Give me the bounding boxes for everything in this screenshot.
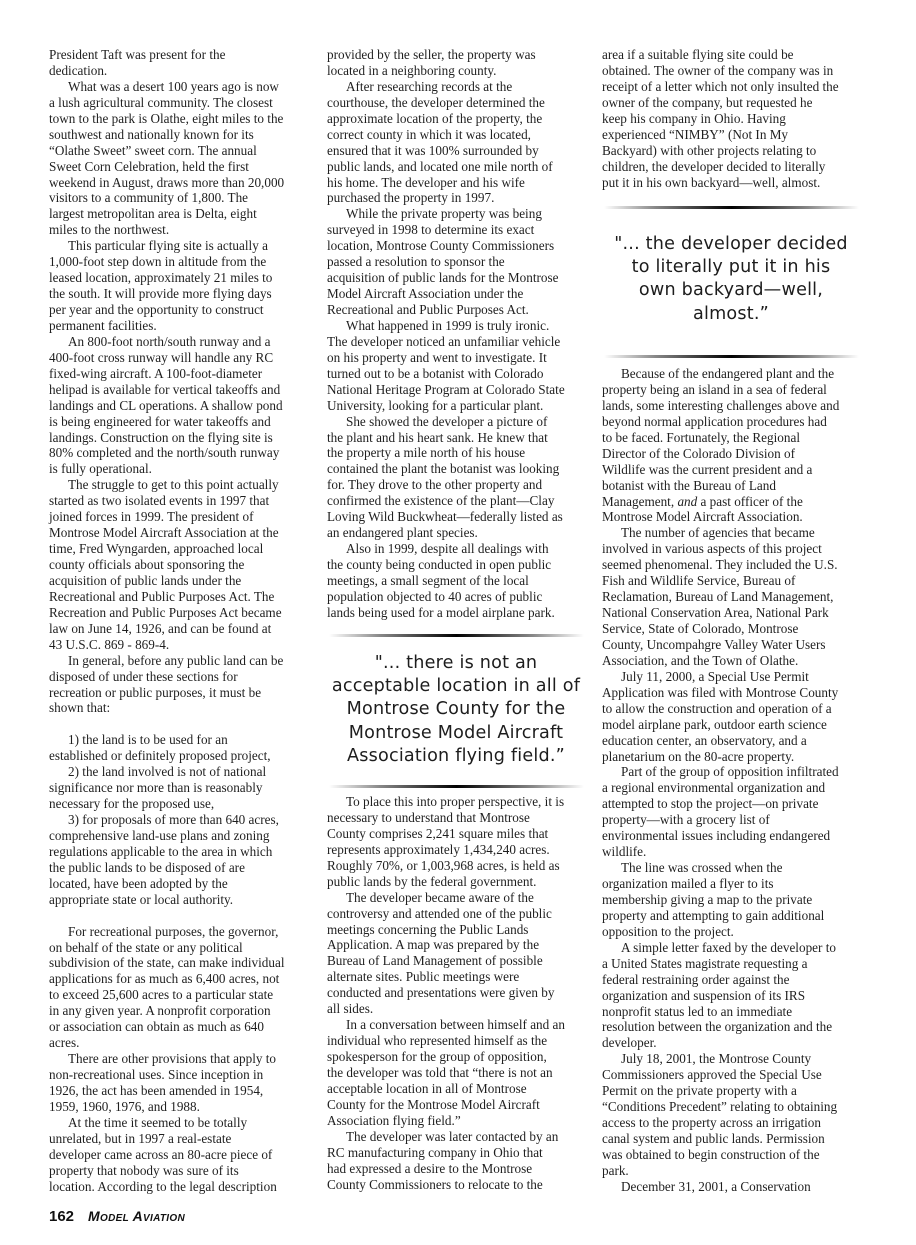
text-line: miles to the northwest. <box>49 222 311 238</box>
text-line: located in a neighboring county. <box>327 63 585 79</box>
text-line: dedication. <box>49 63 311 79</box>
pull-quote-line: "... the developer decided <box>600 233 862 256</box>
text-line: town to the park is Olathe, eight miles … <box>49 111 311 127</box>
text-line: correct county in which it was located, <box>327 127 585 143</box>
pull-quote-line: to literally put it in his <box>600 256 862 279</box>
text-line: While the private property was being <box>327 206 585 222</box>
text-line: Service, State of Colorado, Montrose <box>602 621 860 637</box>
text-line: experienced “NIMBY” (Not In My <box>602 127 860 143</box>
text-line: “Conditions Precedent” relating to obtai… <box>602 1099 860 1115</box>
text-line: ensured that it was 100% surrounded by <box>327 143 585 159</box>
text-line: There are other provisions that apply to <box>49 1051 311 1067</box>
text-line: non-recreational uses. Since inception i… <box>49 1067 311 1083</box>
text-line: Bureau of Land Management of possible <box>327 953 585 969</box>
text-line: nonprofit status led to an immediate <box>602 1004 860 1020</box>
text-line: meetings, a small segment of the local <box>327 573 585 589</box>
text-line: law on June 14, 1926, and can be found a… <box>49 621 311 637</box>
text-line: disposed of under these sections for <box>49 669 311 685</box>
text-line: purchased the property in 1997. <box>327 190 585 206</box>
text-line: recreation or public purposes, it must b… <box>49 685 311 701</box>
text-line: canal system and public lands. Permissio… <box>602 1131 860 1147</box>
text-line: RC manufacturing company in Ohio that <box>327 1145 585 1161</box>
page-number: 162 <box>49 1208 74 1225</box>
text-line: on his property and went to investigate.… <box>327 350 585 366</box>
text-line: acquisition of public lands under the <box>49 573 311 589</box>
text-line: This particular flying site is actually … <box>49 238 311 254</box>
text-line: the public lands to be disposed of are <box>49 860 311 876</box>
text-line: public lands by the federal government. <box>327 874 585 890</box>
text-line: obtained. The owner of the company was i… <box>602 63 860 79</box>
text-line: federal restraining order against the <box>602 972 860 988</box>
text-line: visitors to a community of 1,800. The <box>49 190 311 206</box>
text-line: Roughly 70%, or 1,003,968 acres, is held… <box>327 858 585 874</box>
text-line: provided by the seller, the property was <box>327 47 585 63</box>
text-line: Part of the group of opposition infiltra… <box>602 764 860 780</box>
text-line: She showed the developer a picture of <box>327 414 585 430</box>
text-line: conducted and presentations were given b… <box>327 985 585 1001</box>
text-line: area if a suitable flying site could be <box>602 47 860 63</box>
text-line: Montrose Model Aircraft Association at t… <box>49 525 311 541</box>
text-line: access to the property across an irrigat… <box>602 1115 860 1131</box>
text-line: per year and the opportunity to construc… <box>49 302 311 318</box>
text-line: President Taft was present for the <box>49 47 311 63</box>
text-line: to exceed 25,600 acres to a particular s… <box>49 987 311 1003</box>
text-line: The number of agencies that became <box>602 525 860 541</box>
text-line: a United States magistrate requesting a <box>602 956 860 972</box>
text-line: model airplane park, outdoor earth scien… <box>602 717 860 733</box>
text-line: Model Aircraft Association under the <box>327 286 585 302</box>
pull-quote-line: acceptable location in all of <box>327 675 585 698</box>
text-line: Association flying field.” <box>327 1113 585 1129</box>
text-line: 1926, the act has been amended in 1954, <box>49 1083 311 1099</box>
text-line: lands being used for a model airplane pa… <box>327 605 585 621</box>
text-line: the county being conducted in open publi… <box>327 557 585 573</box>
text-line: 43 U.S.C. 869 - 869-4. <box>49 637 311 653</box>
text-line: the property a mile north of his house <box>327 445 585 461</box>
text-line: receipt of a letter which not only insul… <box>602 79 860 95</box>
text-line: children, the developer decided to liter… <box>602 159 860 175</box>
text-line: location. According to the legal descrip… <box>49 1179 311 1195</box>
text-line: County, Uncompahgre Valley Water Users <box>602 637 860 653</box>
pull-quote-line: Association flying field.” <box>327 745 585 768</box>
text-line: turned out to be a botanist with Colorad… <box>327 366 585 382</box>
text-line: December 31, 2001, a Conservation <box>602 1179 860 1195</box>
text-line: National Conservation Area, National Par… <box>602 605 860 621</box>
text-line: to allow the construction and operation … <box>602 701 860 717</box>
pull-quote-line: own backyard—well, <box>600 279 862 302</box>
text-line: the developer was told that “there is no… <box>327 1065 585 1081</box>
text-line: seemed phenomenal. They included the U.S… <box>602 557 860 573</box>
text-line: Fish and Wildlife Service, Bureau of <box>602 573 860 589</box>
text-line: Because of the endangered plant and the <box>602 366 860 382</box>
text-line: organization mailed a flyer to its <box>602 876 860 892</box>
text-line: had expressed a desire to the Montrose <box>327 1161 585 1177</box>
text-line: necessary for the proposed use, <box>49 796 311 812</box>
text-line: public lands, and located one mile north… <box>327 159 585 175</box>
text-line: County Commissioners to relocate to the <box>327 1177 585 1193</box>
text-line: What was a desert 100 years ago is now <box>49 79 311 95</box>
text-line: Permit on the private property with a <box>602 1083 860 1099</box>
text-line: park. <box>602 1163 860 1179</box>
text-line: keep his company in Ohio. Having <box>602 111 860 127</box>
text-line: Recreation and Public Purposes Act becam… <box>49 605 311 621</box>
text-line: a regional environmental organization an… <box>602 780 860 796</box>
text-line: 400-foot cross runway will handle any RC <box>49 350 311 366</box>
text-line: put it in his own backyard—well, almost. <box>602 175 860 191</box>
text-line: population objected to 40 acres of publi… <box>327 589 585 605</box>
column-3-bottom: Because of the endangered plant and thep… <box>602 366 860 1195</box>
text-line: significance nor more than is reasonably <box>49 780 311 796</box>
column-2-bottom: To place this into proper perspective, i… <box>327 794 585 1192</box>
text-line: unrelated, but in 1997 a real-estate <box>49 1131 311 1147</box>
text-line: property and attempting to gain addition… <box>602 908 860 924</box>
text-line: Sweet Corn Celebration, held the first <box>49 159 311 175</box>
text-line: for. They drove to the other property an… <box>327 477 585 493</box>
paragraph-gap <box>49 908 311 924</box>
text-line: property being an island in a sea of fed… <box>602 382 860 398</box>
text-line: resolution between the organization and … <box>602 1019 860 1035</box>
text-line: attempted to stop the project—on private <box>602 796 860 812</box>
text-line: wildlife. <box>602 844 860 860</box>
text-line: his home. The developer and his wife <box>327 175 585 191</box>
text-line: beyond normal application procedures had <box>602 414 860 430</box>
text-line: shown that: <box>49 700 311 716</box>
text-line: joined forces in 1999. The president of <box>49 509 311 525</box>
text-line: botanist with the Bureau of Land <box>602 478 860 494</box>
text-line: the south. It will provide more flying d… <box>49 286 311 302</box>
text-line: property—with a grocery list of <box>602 812 860 828</box>
pull-quote-line: almost.” <box>600 303 862 326</box>
text-line: comprehensive land-use plans and zoning <box>49 828 311 844</box>
text-line: surveyed in 1998 to determine its exact <box>327 222 585 238</box>
text-line: the plant and his heart sank. He knew th… <box>327 430 585 446</box>
text-line: July 18, 2001, the Montrose County <box>602 1051 860 1067</box>
text-line: “Olathe Sweet” sweet corn. The annual <box>49 143 311 159</box>
text-line: property that nobody was sure of its <box>49 1163 311 1179</box>
text-line: Application was filed with Montrose Coun… <box>602 685 860 701</box>
magazine-title: Model Aviation <box>88 1208 185 1224</box>
text-line: meetings concerning the Public Lands <box>327 922 585 938</box>
text-line: acres. <box>49 1035 311 1051</box>
text-line: a lush agricultural community. The close… <box>49 95 311 111</box>
text-line: developer. <box>602 1035 860 1051</box>
text-line: helipad is available for vertical takeof… <box>49 382 311 398</box>
text-line: passed a resolution to sponsor the <box>327 254 585 270</box>
text-line: all sides. <box>327 1001 585 1017</box>
text-line: Management, and a past officer of the <box>602 494 860 510</box>
text-line: Also in 1999, despite all dealings with <box>327 541 585 557</box>
text-line: involved in various aspects of this proj… <box>602 541 860 557</box>
text-line: education center, an observatory, and a <box>602 733 860 749</box>
text-line: leased location, approximately 21 miles … <box>49 270 311 286</box>
text-line: An 800-foot north/south runway and a <box>49 334 311 350</box>
text-line: Director of the Colorado Division of <box>602 446 860 462</box>
text-line: Application. A map was prepared by the <box>327 937 585 953</box>
text-line: University, looking for a particular pla… <box>327 398 585 414</box>
text-line: opposition to the project. <box>602 924 860 940</box>
text-line: County comprises 2,241 square miles that <box>327 826 585 842</box>
text-line: Commissioners approved the Special Use <box>602 1067 860 1083</box>
text-line: July 11, 2000, a Special Use Permit <box>602 669 860 685</box>
text-line: in any given year. A nonprofit corporati… <box>49 1003 311 1019</box>
text-line: an endangered plant species. <box>327 525 585 541</box>
text-line: is fully operational. <box>49 461 311 477</box>
text-line: 80% completed and the north/south runway <box>49 445 311 461</box>
text-line: Montrose Model Aircraft Association. <box>602 509 860 525</box>
text-line: organization and suspension of its IRS <box>602 988 860 1004</box>
paragraph-gap <box>49 716 311 732</box>
text-line: contained the plant the botanist was loo… <box>327 461 585 477</box>
text-line: In a conversation between himself and an <box>327 1017 585 1033</box>
text-line: 1959, 1960, 1976, and 1988. <box>49 1099 311 1115</box>
text-line: subdivision of the state, can make indiv… <box>49 955 311 971</box>
text-line: A simple letter faxed by the developer t… <box>602 940 860 956</box>
text-line: membership giving a map to the private <box>602 892 860 908</box>
text-line: acceptable location in all of Montrose <box>327 1081 585 1097</box>
text-line: owner of the company, but requested he <box>602 95 860 111</box>
text-line: fixed-wing aircraft. A 100-foot-diameter <box>49 366 311 382</box>
page-footer: 162 Model Aviation <box>49 1208 185 1225</box>
pull-quote-rule-bottom <box>604 355 859 358</box>
pull-quote-1: "... there is not anacceptable location … <box>327 652 585 768</box>
text-line: After researching records at the <box>327 79 585 95</box>
text-line: For recreational purposes, the governor, <box>49 924 311 940</box>
text-line: alternate sites. Public meetings were <box>327 969 585 985</box>
text-line: Wildlife was the current president and a <box>602 462 860 478</box>
text-line: to be faced. Fortunately, the Regional <box>602 430 860 446</box>
text-line: approximate location of the property, th… <box>327 111 585 127</box>
text-line: 2) the land involved is not of national <box>49 764 311 780</box>
text-line: landings. Construction on the flying sit… <box>49 430 311 446</box>
text-line: established or definitely proposed proje… <box>49 748 311 764</box>
text-line: time, Fred Wyngarden, approached local <box>49 541 311 557</box>
text-line: The line was crossed when the <box>602 860 860 876</box>
column-3-top: area if a suitable flying site could beo… <box>602 47 860 190</box>
text-line: lands, some interesting challenges above… <box>602 398 860 414</box>
pull-quote-2: "... the developer decidedto literally p… <box>600 233 862 326</box>
text-line: The developer became aware of the <box>327 890 585 906</box>
text-line: largest metropolitan area is Delta, eigh… <box>49 206 311 222</box>
text-line: courthouse, the developer determined the <box>327 95 585 111</box>
text-line: started as two isolated events in 1997 t… <box>49 493 311 509</box>
text-line: Association, and the Town of Olathe. <box>602 653 860 669</box>
text-line: County for the Montrose Model Aircraft <box>327 1097 585 1113</box>
text-line: acquisition of public lands for the Mont… <box>327 270 585 286</box>
pull-quote-rule-bottom <box>329 785 584 788</box>
text-line: National Heritage Program at Colorado St… <box>327 382 585 398</box>
text-line: At the time it seemed to be totally <box>49 1115 311 1131</box>
text-line: Loving Wild Buckwheat—federally listed a… <box>327 509 585 525</box>
text-line: developer came across an 80-acre piece o… <box>49 1147 311 1163</box>
pull-quote-line: "... there is not an <box>327 652 585 675</box>
text-line: was obtained to begin construction of th… <box>602 1147 860 1163</box>
text-line: Recreational and Public Purposes Act. Th… <box>49 589 311 605</box>
text-line: is being engineered for water takeoffs a… <box>49 414 311 430</box>
text-line: To place this into proper perspective, i… <box>327 794 585 810</box>
pull-quote-rule-top <box>604 206 859 209</box>
text-line: represents approximately 1,434,240 acres… <box>327 842 585 858</box>
text-line: The struggle to get to this point actual… <box>49 477 311 493</box>
text-line: environmental issues including endangere… <box>602 828 860 844</box>
text-line: 1) the land is to be used for an <box>49 732 311 748</box>
text-line: What happened in 1999 is truly ironic. <box>327 318 585 334</box>
text-line: or association can obtain as much as 640 <box>49 1019 311 1035</box>
text-line: Reclamation, Bureau of Land Management, <box>602 589 860 605</box>
text-line: landings and CL operations. A shallow po… <box>49 398 311 414</box>
magazine-page: President Taft was present for thededica… <box>0 0 916 1245</box>
pull-quote-line: Montrose County for the <box>327 698 585 721</box>
text-line: weekend in August, draws more than 20,00… <box>49 175 311 191</box>
text-line: Recreational and Public Purposes Act. <box>327 302 585 318</box>
pull-quote-line: Montrose Model Aircraft <box>327 722 585 745</box>
text-line: permanent facilities. <box>49 318 311 334</box>
text-line: In general, before any public land can b… <box>49 653 311 669</box>
text-line: spokesperson for the group of opposition… <box>327 1049 585 1065</box>
column-2-top: provided by the seller, the property was… <box>327 47 585 621</box>
text-line: necessary to understand that Montrose <box>327 810 585 826</box>
text-line: planetarium on the 80-acre property. <box>602 749 860 765</box>
text-line: confirmed the existence of the plant—Cla… <box>327 493 585 509</box>
text-line: southwest and nationally known for its <box>49 127 311 143</box>
pull-quote-rule-top <box>329 634 584 637</box>
text-line: The developer was later contacted by an <box>327 1129 585 1145</box>
text-line: county officials about sponsoring the <box>49 557 311 573</box>
text-line: The developer noticed an unfamiliar vehi… <box>327 334 585 350</box>
text-line: location, Montrose County Commissioners <box>327 238 585 254</box>
text-line: appropriate state or local authority. <box>49 892 311 908</box>
text-line: Backyard) with other projects relating t… <box>602 143 860 159</box>
text-line: on behalf of the state or any political <box>49 940 311 956</box>
text-line: 1,000-foot step down in altitude from th… <box>49 254 311 270</box>
text-line: regulations applicable to the area in wh… <box>49 844 311 860</box>
text-line: applications for as much as 6,400 acres,… <box>49 971 311 987</box>
emphasis: and <box>677 494 697 509</box>
text-line: individual who represented himself as th… <box>327 1033 585 1049</box>
text-line: 3) for proposals of more than 640 acres, <box>49 812 311 828</box>
text-line: located, have been adopted by the <box>49 876 311 892</box>
column-1: President Taft was present for thededica… <box>49 47 311 1195</box>
text-line: controversy and attended one of the publ… <box>327 906 585 922</box>
